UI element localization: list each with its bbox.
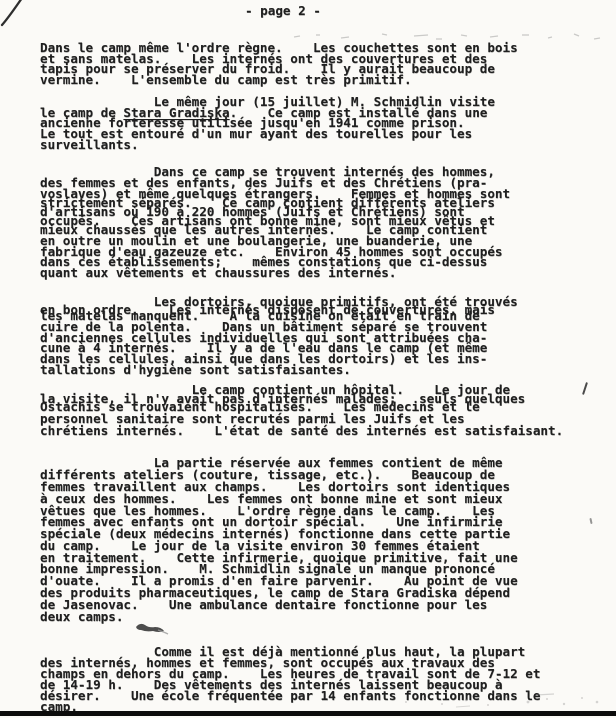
paragraph: Les dortoirs, quoique primitifs, ont été…: [40, 297, 610, 376]
text-line: chrétiens internés. L'état de santé des …: [40, 425, 610, 437]
text-line: deux camps.: [40, 611, 610, 623]
page-number: - page 2 -: [245, 4, 321, 17]
scan-edge-bar: [0, 711, 616, 716]
text-line: de Jasenovac. Une ambulance dentaire fon…: [40, 599, 610, 611]
ink-smudge-icon: [134, 620, 170, 636]
corner-pen-stroke-icon: [0, 0, 30, 30]
paragraph: La partie réservée aux femmes contient d…: [40, 457, 610, 622]
paragraph: Le même jour (15 juillet) M. Schmidlin v…: [40, 97, 610, 151]
paragraph: Dans ce camp se trouvent internés des ho…: [40, 167, 610, 278]
text-line: vermine. L'ensemble du camp est très pri…: [40, 75, 610, 86]
scan-noise-bottom: [396, 690, 611, 710]
paragraph: Dans le camp même l'ordre règne. Les cou…: [40, 43, 610, 86]
text-line: tallations d'hygiène sont satisfaisantes…: [40, 365, 610, 376]
text-line: quant aux vêtements et chaussures des in…: [40, 268, 610, 279]
document-body: - page 2 - Dans le camp même l'ordre règ…: [40, 4, 610, 712]
paragraph: Le camp contient un hôpital. Le jour del…: [40, 384, 610, 437]
scanned-document-page: - page 2 - Dans le camp même l'ordre règ…: [0, 0, 616, 718]
text-line: surveillants.: [40, 140, 610, 151]
